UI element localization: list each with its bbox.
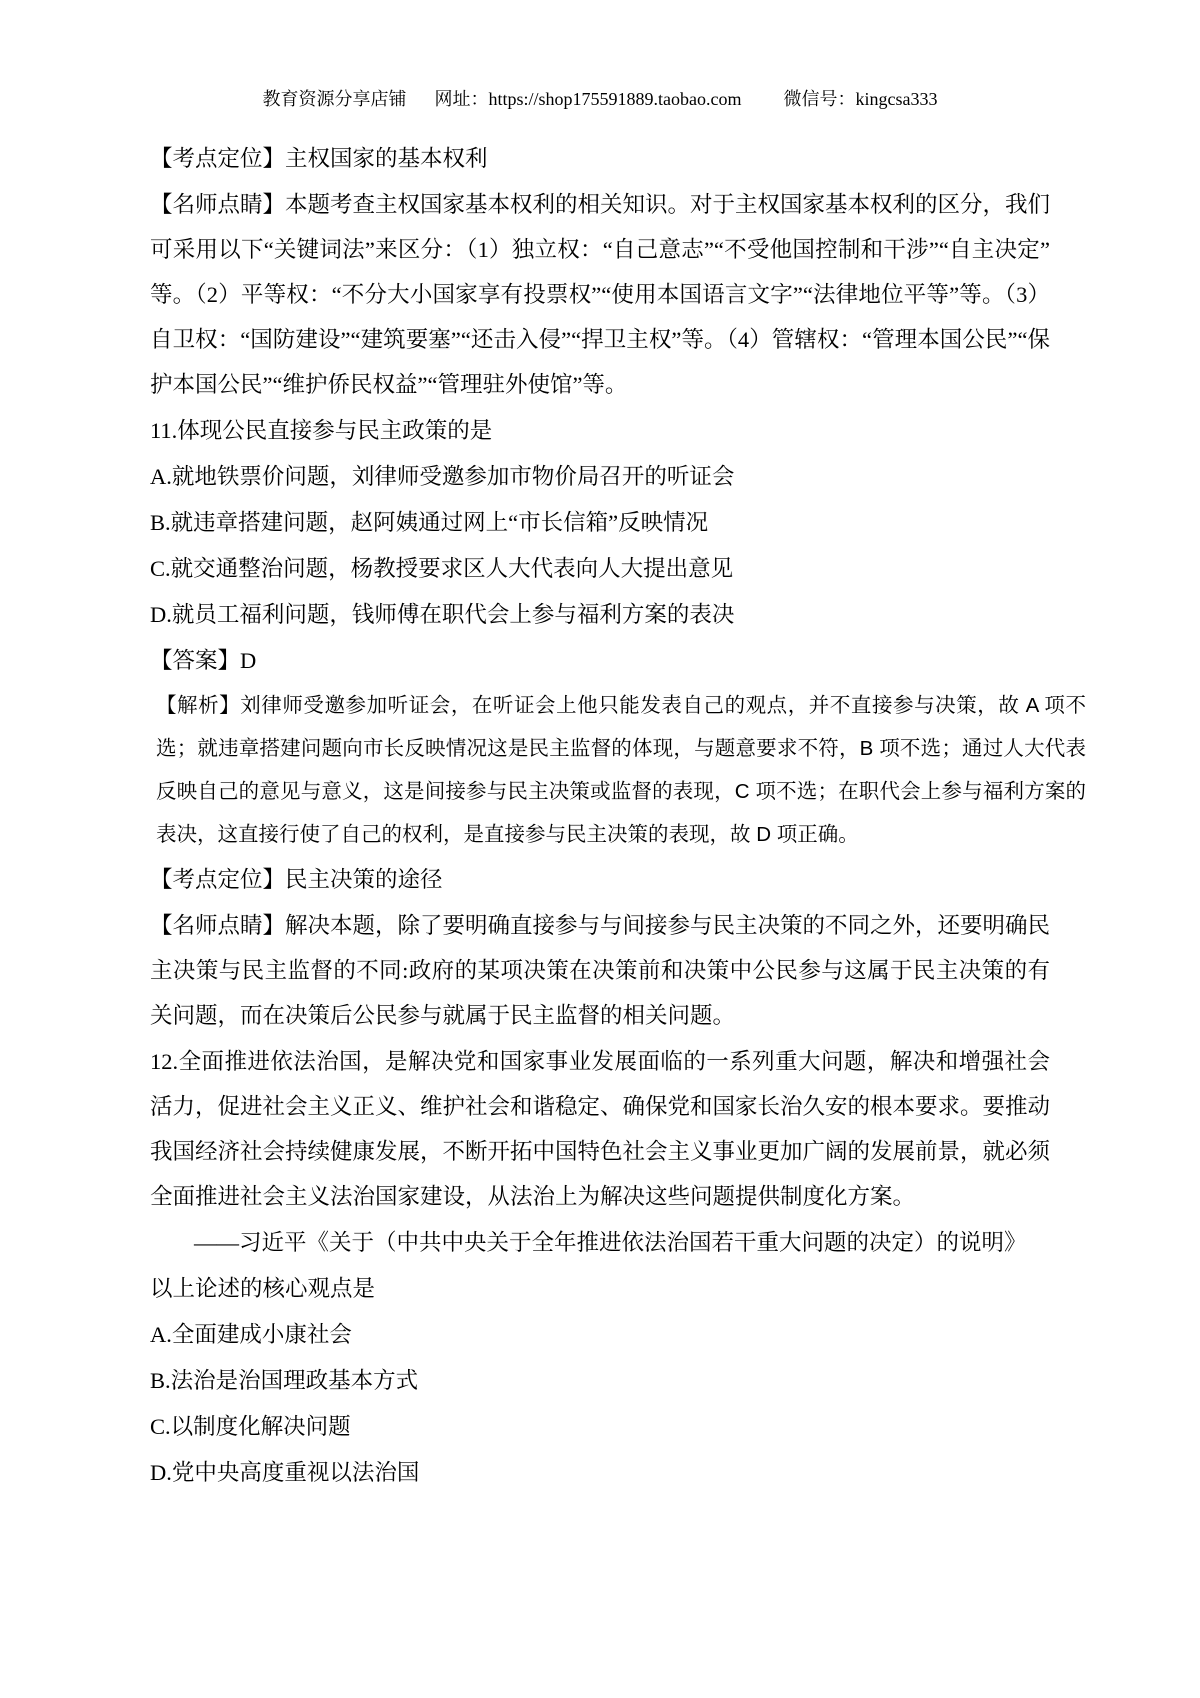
- question-12-prompt: 以上论述的核心观点是: [150, 1266, 1050, 1311]
- answer-q11: 【答案】D: [150, 638, 1050, 683]
- question-12-option-d: D.党中央高度重视以法治国: [150, 1450, 1050, 1495]
- question-11-option-a: A.就地铁票价问题，刘律师受邀参加市物价局召开的听证会: [150, 454, 1050, 499]
- page-header: 教育资源分享店铺网址：https://shop175591889.taobao.…: [150, 88, 1050, 110]
- question-12-option-c: C.以制度化解决问题: [150, 1404, 1050, 1449]
- wechat-id-label: 微信号：: [784, 89, 856, 109]
- wechat-id: kingcsa333: [856, 89, 938, 109]
- shop-name: 教育资源分享店铺: [263, 89, 407, 109]
- question-11-option-d: D.就员工福利问题，钱师傅在职代会上参与福利方案的表决: [150, 592, 1050, 637]
- question-11-stem: 11.体现公民直接参与民主政策的是: [150, 408, 1050, 453]
- document-body: 【考点定位】主权国家的基本权利【名师点睛】本题考查主权国家基本权利的相关知识。对…: [150, 136, 1080, 1495]
- teacher-tip-q10: 【名师点睛】本题考查主权国家基本权利的相关知识。对于主权国家基本权利的区分，我们…: [150, 182, 1050, 407]
- question-12-quote-source: ——习近平《关于（中共中央关于全年推进依法治国若干重大问题的决定）的说明》: [150, 1220, 1050, 1265]
- teacher-tip-q11: 【名师点睛】解决本题，除了要明确直接参与与间接参与民主决策的不同之外，还要明确民…: [150, 903, 1050, 1038]
- exam-point-q10: 【考点定位】主权国家的基本权利: [150, 136, 1050, 181]
- analysis-q11: 【解析】刘律师受邀参加听证会，在听证会上他只能发表自己的观点，并不直接参与决策，…: [156, 684, 1086, 856]
- question-12-option-a: A.全面建成小康社会: [150, 1312, 1050, 1357]
- exam-point-q11: 【考点定位】民主决策的途径: [150, 857, 1050, 902]
- document-page: 教育资源分享店铺网址：https://shop175591889.taobao.…: [0, 0, 1200, 1698]
- question-11-option-b: B.就违章搭建问题，赵阿姨通过网上“市长信箱”反映情况: [150, 500, 1050, 545]
- question-11-option-c: C.就交通整治问题，杨教授要求区人大代表向人大提出意见: [150, 546, 1050, 591]
- question-12-option-b: B.法治是治国理政基本方式: [150, 1358, 1050, 1403]
- question-12-stem: 12.全面推进依法治国，是解决党和国家事业发展面临的一系列重大问题，解决和增强社…: [150, 1039, 1050, 1219]
- site-url-label: 网址：: [435, 89, 489, 109]
- site-url: https://shop175591889.taobao.com: [489, 89, 742, 109]
